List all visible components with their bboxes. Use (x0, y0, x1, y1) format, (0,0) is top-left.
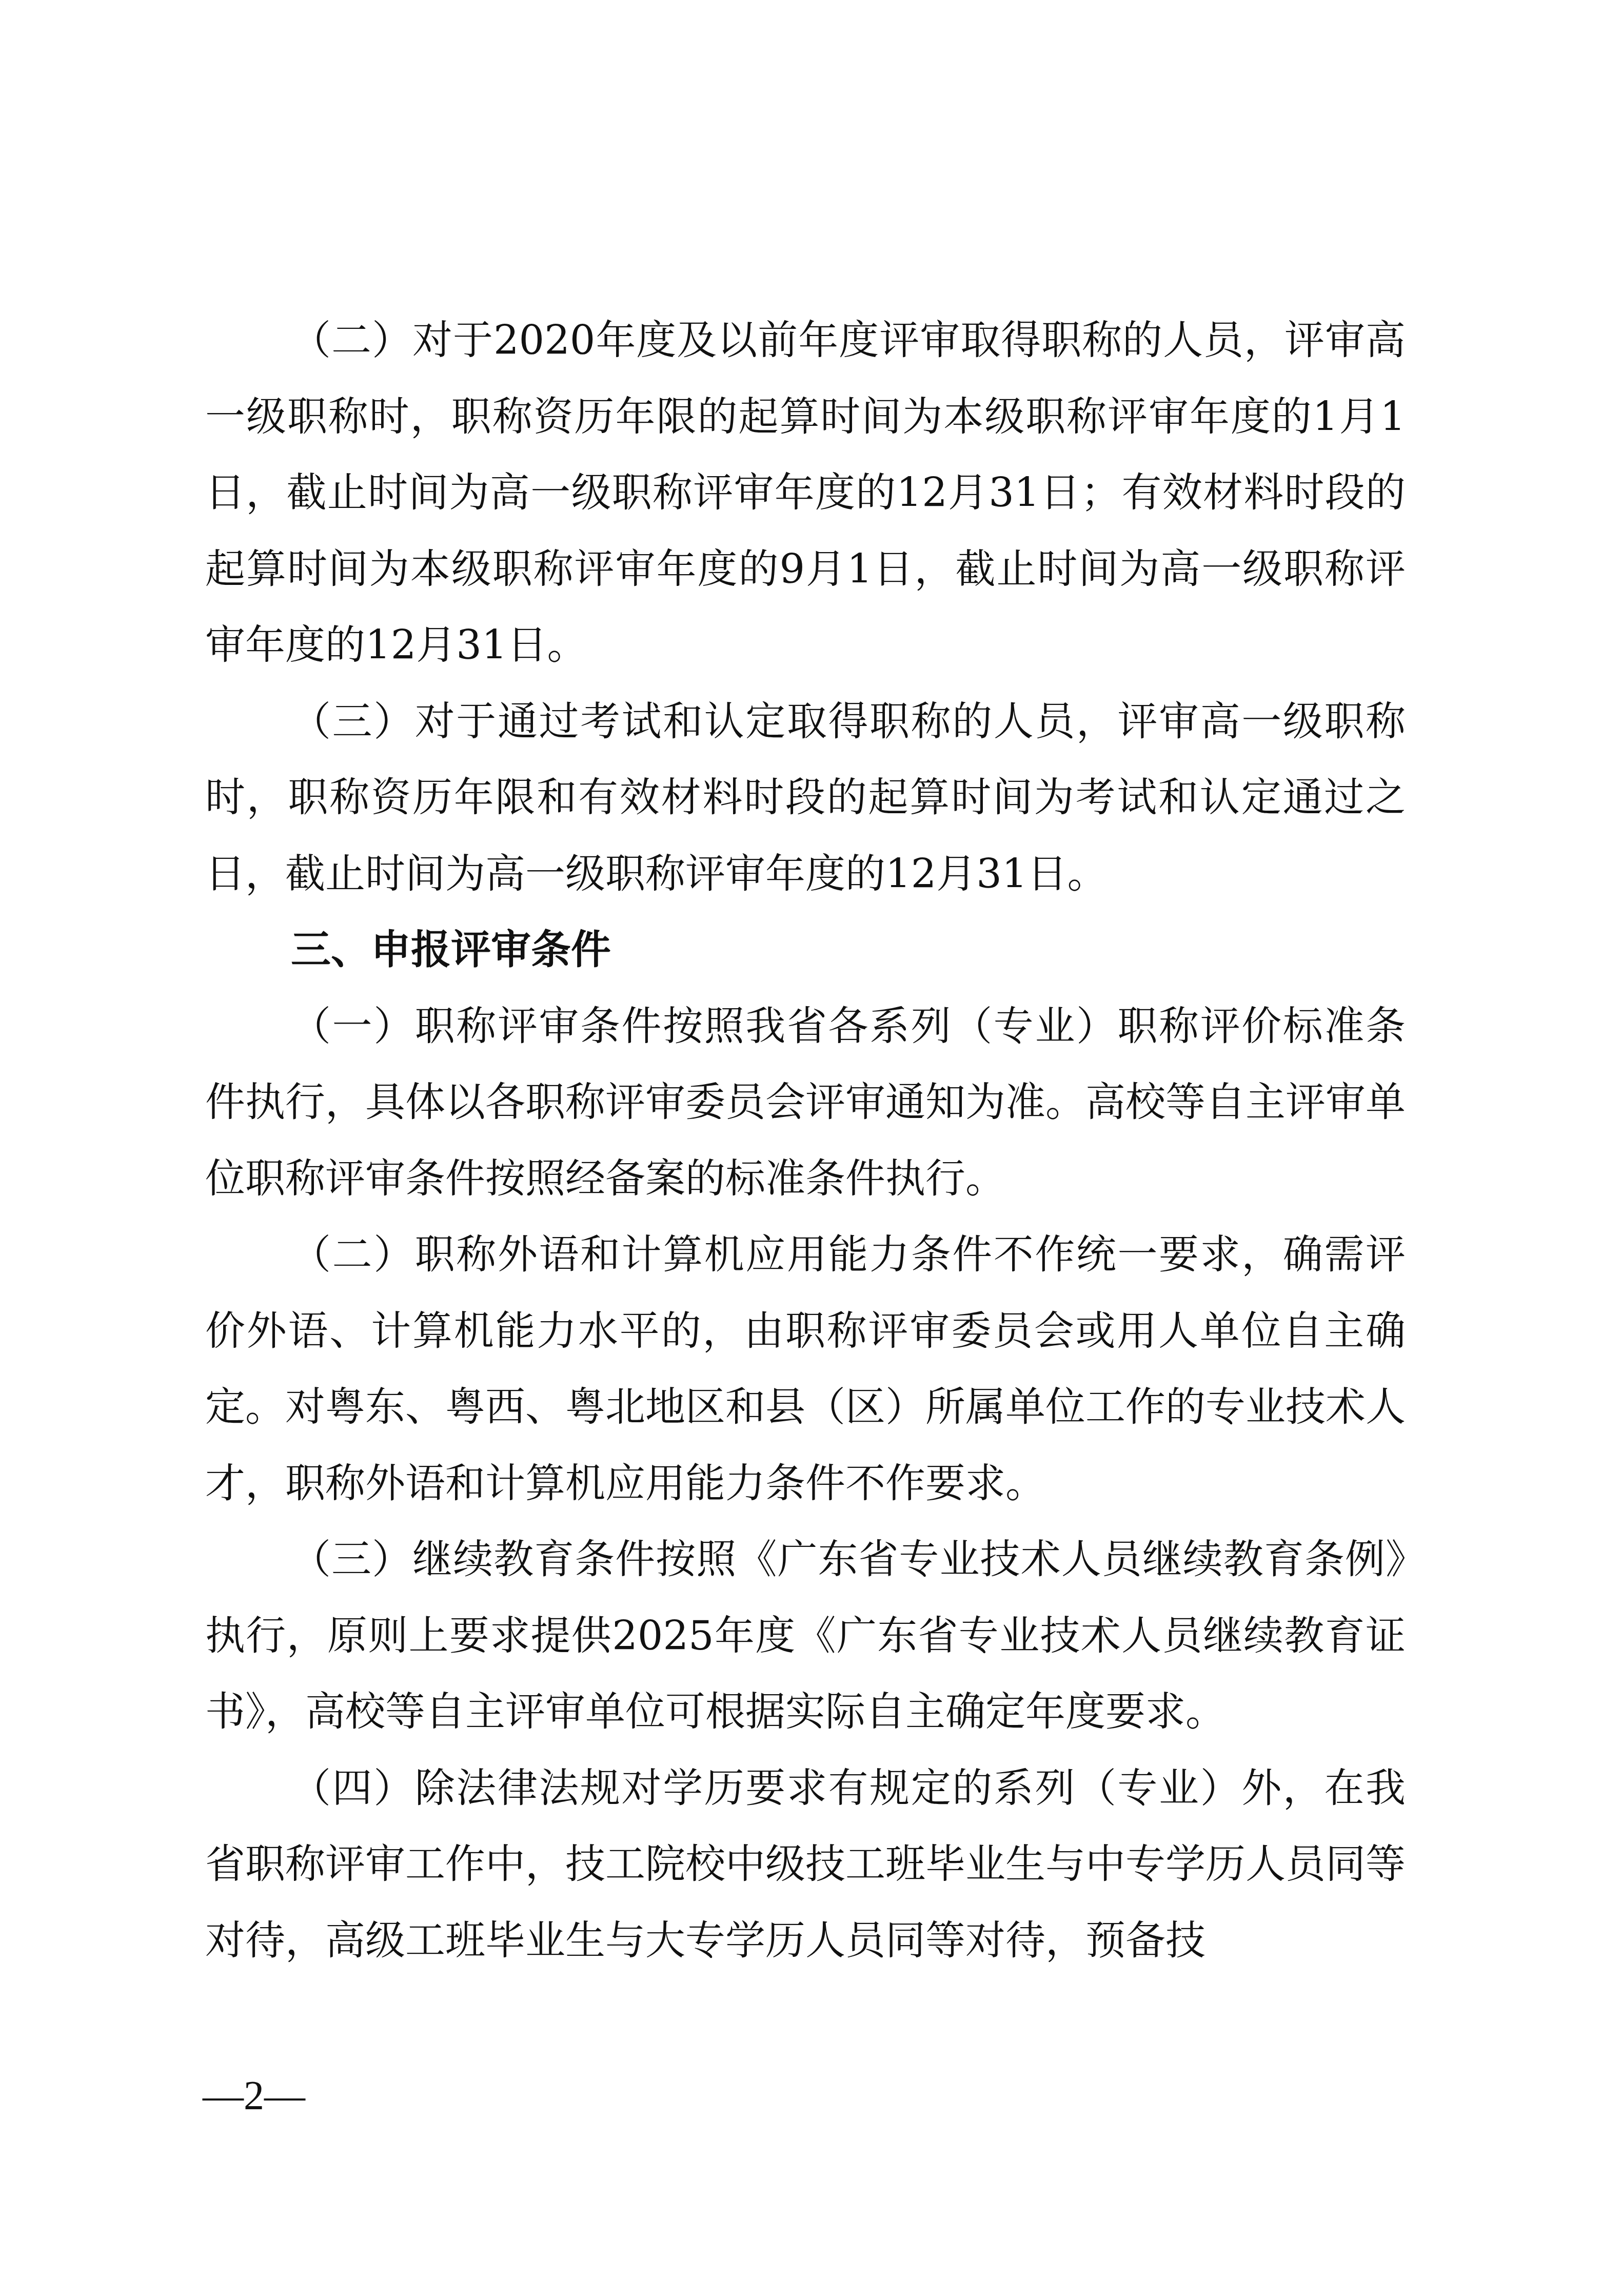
paragraph-3-2-language-computer: （二）职称外语和计算机应用能力条件不作统一要求，确需评价外语、计算机能力水平的，… (205, 1217, 1406, 1522)
paragraph-2-2-start-date-before-2020: （二）对于2020年度及以前年度评审取得职称的人员，评审高一级职称时，职称资历年… (205, 303, 1406, 684)
paragraph-2-3-exam-certification: （三）对于通过考试和认定取得职称的人员，评审高一级职称时，职称资历年限和有效材料… (205, 684, 1406, 913)
paragraph-3-1-evaluation-conditions: （一）职称评审条件按照我省各系列（专业）职称评价标准条件执行，具体以各职称评审委… (205, 989, 1406, 1218)
paragraph-3-4-education-equivalence: （四）除法律法规对学历要求有规定的系列（专业）外，在我省职称评审工作中，技工院校… (205, 1751, 1406, 1979)
document-body: （二）对于2020年度及以前年度评审取得职称的人员，评审高一级职称时，职称资历年… (205, 303, 1406, 1979)
page-number: —2— (203, 2073, 305, 2120)
section-heading-application-conditions: 三、申报评审条件 (205, 912, 1406, 989)
paragraph-3-3-continuing-education: （三）继续教育条件按照《广东省专业技术人员继续教育条例》执行，原则上要求提供20… (205, 1522, 1406, 1751)
